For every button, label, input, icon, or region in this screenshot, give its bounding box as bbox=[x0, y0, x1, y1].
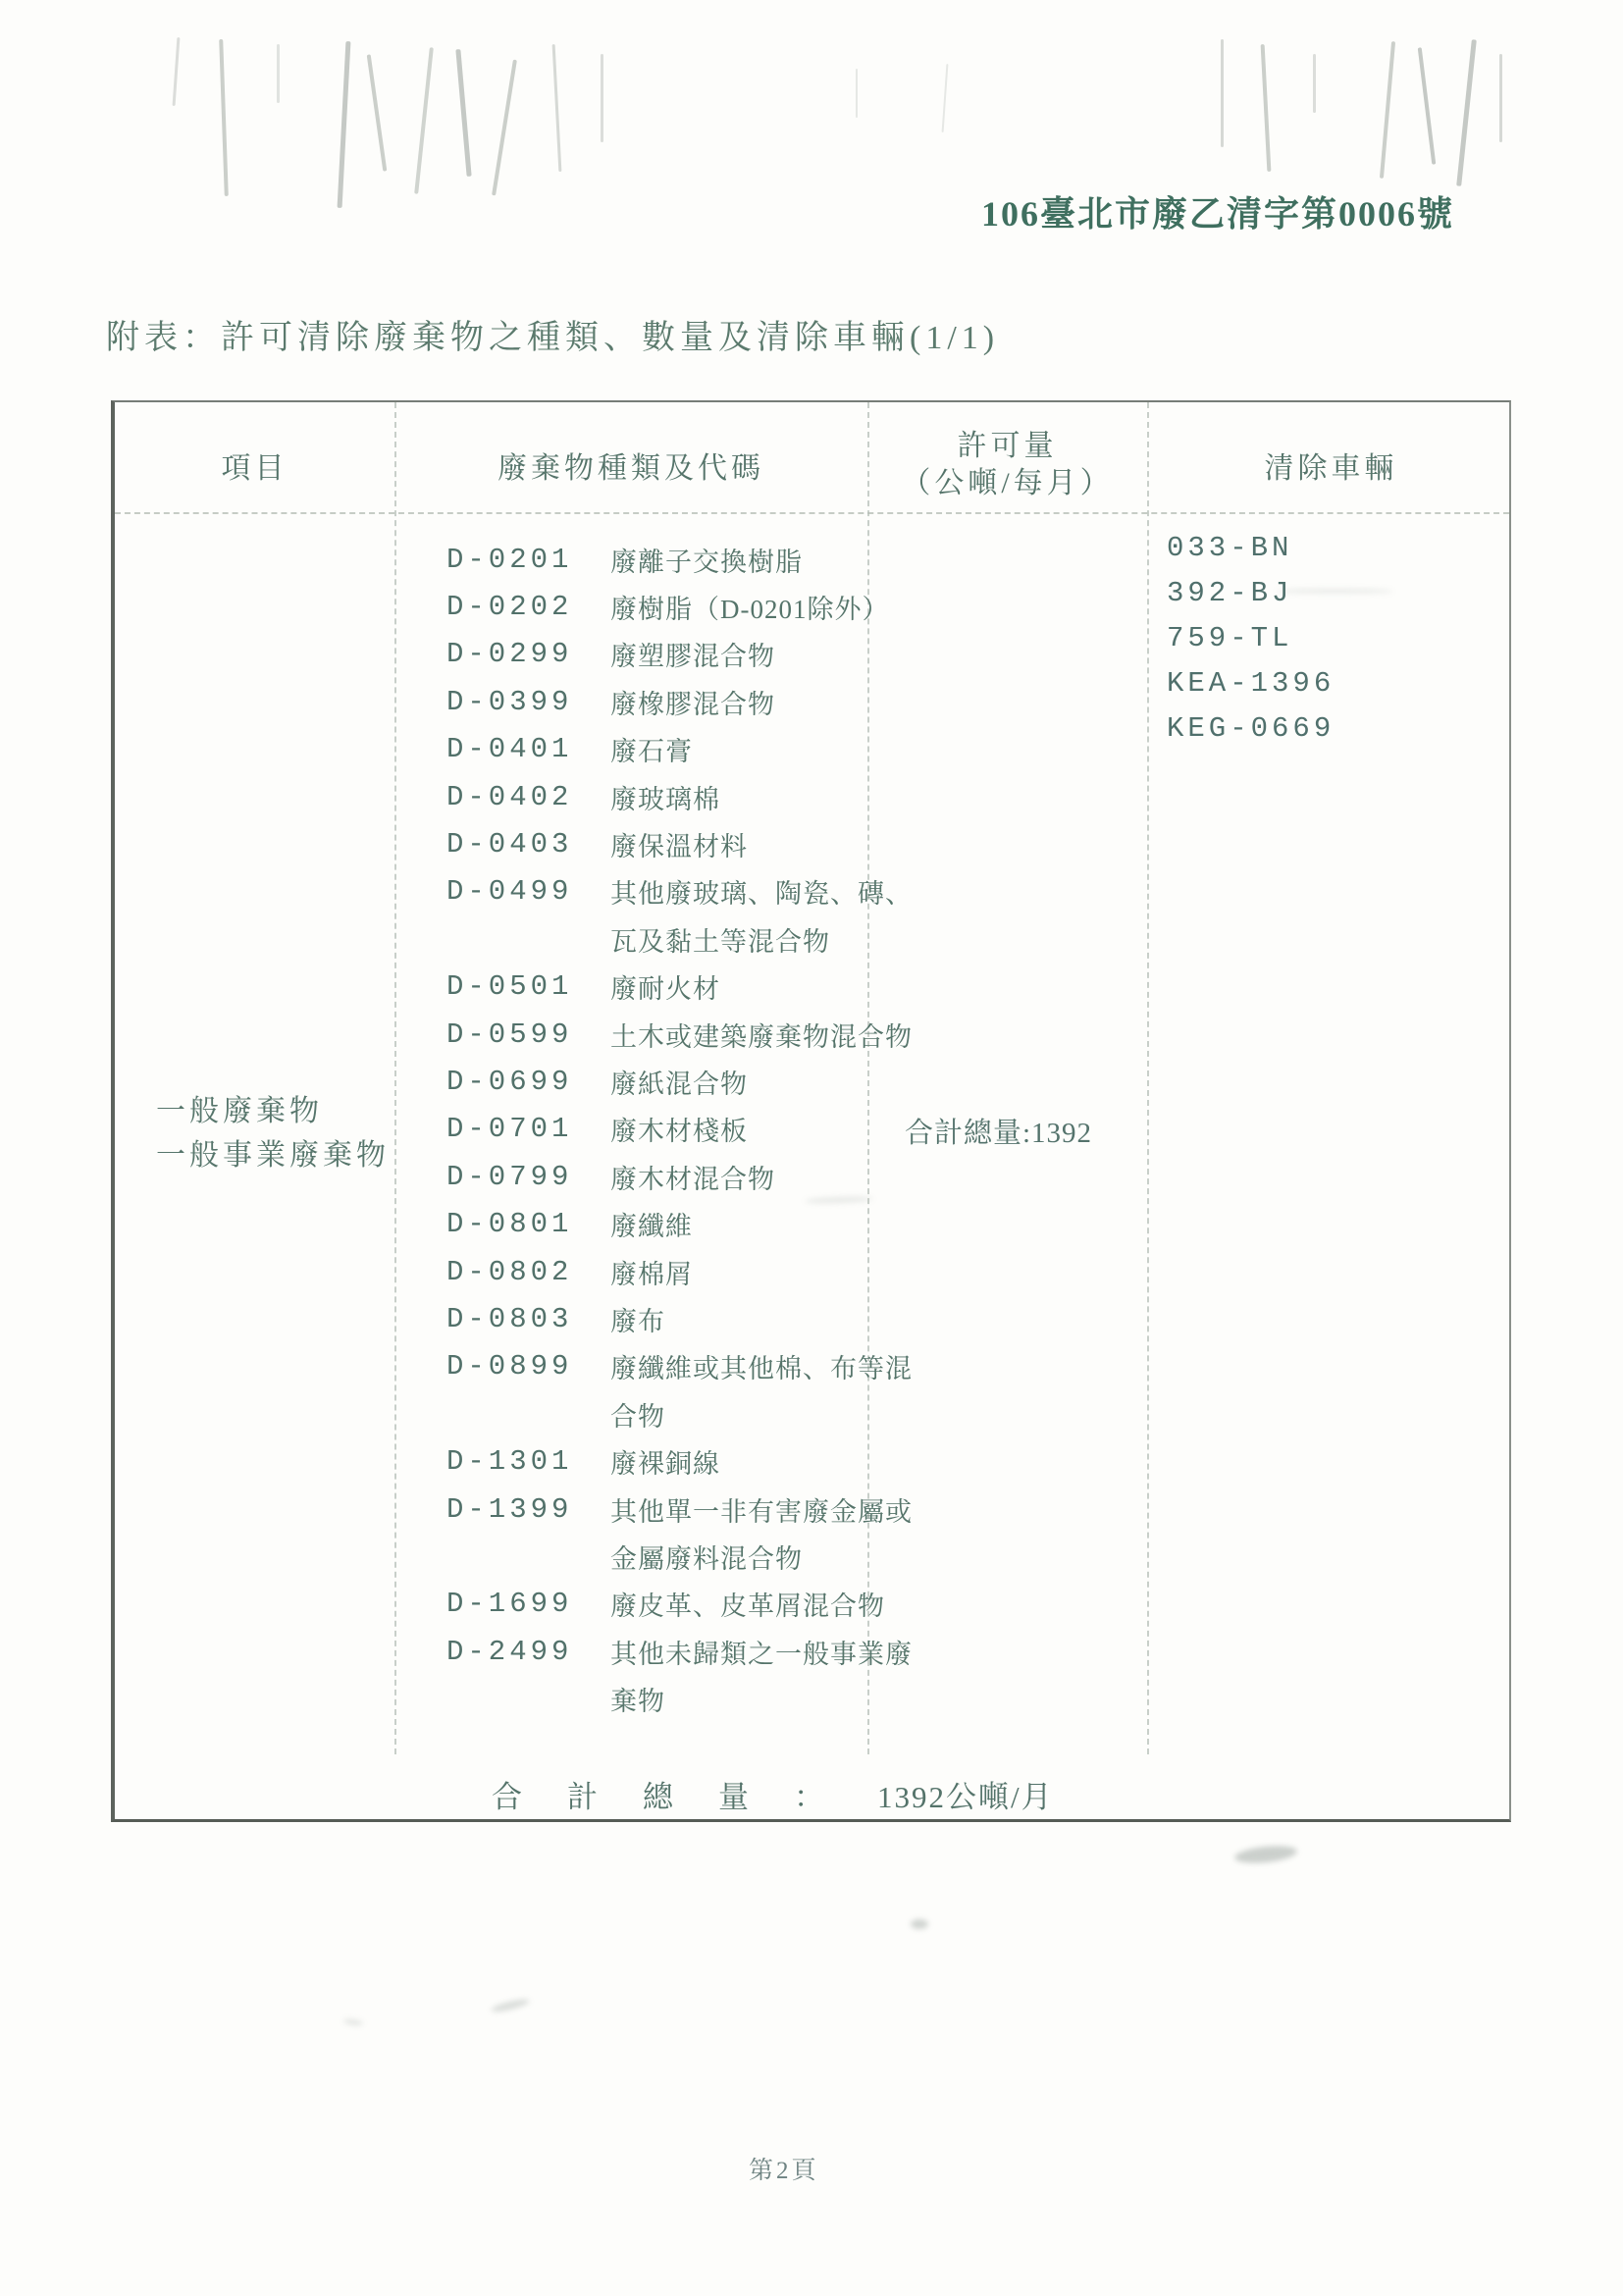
waste-item-line: D-0799廢木材混合物 bbox=[446, 1153, 913, 1200]
scanned-document-page: 106臺北市廢乙清字第0006號 附表：許可清除廢棄物之種類、數量及清除車輛(1… bbox=[0, 0, 1623, 2296]
waste-description: 廢纖維或其他棉、布等混 bbox=[610, 1347, 913, 1385]
waste-item-line: D-2499其他未歸類之一般事業廢 bbox=[446, 1628, 913, 1675]
waste-description: 合物 bbox=[610, 1395, 665, 1434]
grand-total-label: 合計總量： bbox=[492, 1780, 869, 1814]
waste-code: D-0402 bbox=[446, 781, 610, 813]
waste-code: D-0399 bbox=[446, 686, 610, 718]
waste-description: 廢保溫材料 bbox=[610, 825, 748, 863]
permit-header-line2: （公噸/每月） bbox=[867, 465, 1147, 502]
waste-code: D-0803 bbox=[446, 1303, 610, 1335]
vehicle-plate-list: 033-BN392-BJ759-TLKEA-1396KEG-0669 bbox=[1167, 526, 1335, 752]
waste-description: 其他廢玻璃、陶瓷、磚、 bbox=[610, 872, 913, 911]
document-number: 106臺北市廢乙清字第0006號 bbox=[981, 186, 1433, 236]
waste-description: 金屬廢料混合物 bbox=[610, 1538, 803, 1576]
waste-description: 廢木材混合物 bbox=[610, 1158, 775, 1196]
waste-description: 廢皮革、皮革屑混合物 bbox=[610, 1585, 885, 1623]
waste-code: D-1699 bbox=[446, 1588, 610, 1620]
waste-description: 廢紙混合物 bbox=[610, 1063, 748, 1101]
waste-description: 廢木材棧板 bbox=[610, 1110, 748, 1148]
waste-code: D-0201 bbox=[446, 544, 610, 576]
waste-item-line: D-0802廢棉屑 bbox=[446, 1248, 913, 1295]
permit-header-line1: 許可量 bbox=[867, 428, 1147, 465]
column-header-item: 項目 bbox=[115, 444, 394, 487]
waste-code: D-1399 bbox=[446, 1493, 610, 1526]
waste-code: D-0801 bbox=[446, 1208, 610, 1240]
waste-code: D-0499 bbox=[446, 875, 610, 908]
waste-item-line: D-0401廢石膏 bbox=[446, 726, 913, 773]
waste-description: 廢裸銅線 bbox=[610, 1442, 720, 1481]
vehicle-plate: KEG-0669 bbox=[1167, 706, 1335, 752]
waste-code: D-0899 bbox=[446, 1350, 610, 1383]
waste-description: 其他未歸類之一般事業廢 bbox=[610, 1633, 913, 1671]
waste-item-line: D-1399其他單一非有害廢金屬或 bbox=[446, 1486, 913, 1533]
grand-total-row: 合計總量：1392公噸/月 bbox=[492, 1772, 1054, 1816]
waste-item-line: 合物 bbox=[446, 1390, 913, 1437]
grand-total-value: 1392公噸/月 bbox=[877, 1780, 1054, 1814]
waste-code: D-0401 bbox=[446, 733, 610, 765]
waste-code: D-0501 bbox=[446, 970, 610, 1003]
waste-description: 廢玻璃棉 bbox=[610, 778, 720, 816]
waste-item-line: D-0201廢離子交換樹脂 bbox=[446, 536, 913, 583]
vehicle-plate: KEA-1396 bbox=[1167, 661, 1335, 706]
waste-item-line: D-0803廢布 bbox=[446, 1295, 913, 1342]
waste-item-line: D-0801廢纖維 bbox=[446, 1200, 913, 1247]
waste-item-line: 瓦及黏土等混合物 bbox=[446, 915, 913, 963]
item-category-cell: 一般廢棄物一般事業廢棄物 bbox=[156, 1089, 390, 1177]
waste-description: 瓦及黏土等混合物 bbox=[610, 920, 830, 959]
waste-item-line: D-0899廢纖維或其他棉、布等混 bbox=[446, 1343, 913, 1390]
waste-description: 廢橡膠混合物 bbox=[610, 683, 775, 721]
item-category-line: 一般事業廢棄物 bbox=[156, 1133, 390, 1177]
column-header-vehicles: 清除車輛 bbox=[1147, 444, 1515, 487]
waste-item-line: D-0299廢塑膠混合物 bbox=[446, 631, 913, 678]
waste-code: D-0799 bbox=[446, 1161, 610, 1193]
waste-item-line: D-0699廢紙混合物 bbox=[446, 1058, 913, 1105]
waste-item-line: D-0399廢橡膠混合物 bbox=[446, 678, 913, 725]
waste-item-line: 金屬廢料混合物 bbox=[446, 1533, 913, 1580]
waste-item-line: D-0599土木或建築廢棄物混合物 bbox=[446, 1011, 913, 1058]
waste-item-line: D-0701廢木材棧板 bbox=[446, 1106, 913, 1153]
column-divider bbox=[1147, 402, 1149, 1754]
waste-description: 廢樹脂（D-0201除外） bbox=[610, 588, 890, 626]
vehicle-plate: 392-BJ bbox=[1167, 571, 1335, 616]
waste-item-line: D-0501廢耐火材 bbox=[446, 964, 913, 1011]
waste-item-line: D-0403廢保溫材料 bbox=[446, 820, 913, 867]
waste-item-line: 棄物 bbox=[446, 1675, 913, 1722]
column-header-waste-type: 廢棄物種類及代碼 bbox=[394, 444, 867, 487]
waste-code: D-0701 bbox=[446, 1113, 610, 1145]
page-number: 第2頁 bbox=[749, 2151, 819, 2186]
waste-description: 廢棉屑 bbox=[610, 1253, 693, 1291]
waste-item-line: D-0202廢樹脂（D-0201除外） bbox=[446, 583, 913, 630]
waste-code: D-0202 bbox=[446, 591, 610, 623]
column-header-permit-quantity: 許可量 （公噸/每月） bbox=[867, 428, 1147, 502]
waste-item-line: D-1699廢皮革、皮革屑混合物 bbox=[446, 1581, 913, 1628]
waste-description: 其他單一非有害廢金屬或 bbox=[610, 1490, 913, 1529]
header-row-divider bbox=[115, 512, 1509, 514]
waste-code: D-0699 bbox=[446, 1066, 610, 1098]
permit-quantity-cell: 合計總量:1392 bbox=[905, 1111, 1092, 1151]
waste-description: 廢石膏 bbox=[610, 730, 693, 768]
permit-table: 項目 廢棄物種類及代碼 許可量 （公噸/每月） 清除車輛 一般廢棄物一般事業廢棄… bbox=[111, 400, 1511, 1822]
waste-description: 廢耐火材 bbox=[610, 967, 720, 1006]
waste-code: D-0403 bbox=[446, 828, 610, 861]
waste-code-list: D-0201廢離子交換樹脂D-0202廢樹脂（D-0201除外）D-0299廢塑… bbox=[446, 536, 913, 1723]
waste-code: D-1301 bbox=[446, 1445, 610, 1478]
waste-item-line: D-1301廢裸銅線 bbox=[446, 1437, 913, 1485]
item-category-line: 一般廢棄物 bbox=[156, 1089, 390, 1133]
waste-description: 廢離子交換樹脂 bbox=[610, 541, 803, 579]
waste-code: D-0299 bbox=[446, 638, 610, 670]
vehicle-plate: 759-TL bbox=[1167, 616, 1335, 661]
column-divider bbox=[394, 402, 396, 1754]
waste-code: D-0599 bbox=[446, 1018, 610, 1051]
waste-description: 土木或建築廢棄物混合物 bbox=[610, 1016, 913, 1054]
waste-description: 廢纖維 bbox=[610, 1205, 693, 1243]
waste-code: D-2499 bbox=[446, 1636, 610, 1668]
waste-item-line: D-0499其他廢玻璃、陶瓷、磚、 bbox=[446, 868, 913, 915]
waste-description: 廢布 bbox=[610, 1300, 665, 1338]
waste-item-line: D-0402廢玻璃棉 bbox=[446, 773, 913, 820]
vehicle-plate: 033-BN bbox=[1167, 526, 1335, 571]
waste-description: 棄物 bbox=[610, 1680, 665, 1718]
page-title: 附表：許可清除廢棄物之種類、數量及清除車輛(1/1) bbox=[106, 310, 999, 358]
waste-code: D-0802 bbox=[446, 1256, 610, 1288]
waste-description: 廢塑膠混合物 bbox=[610, 635, 775, 673]
